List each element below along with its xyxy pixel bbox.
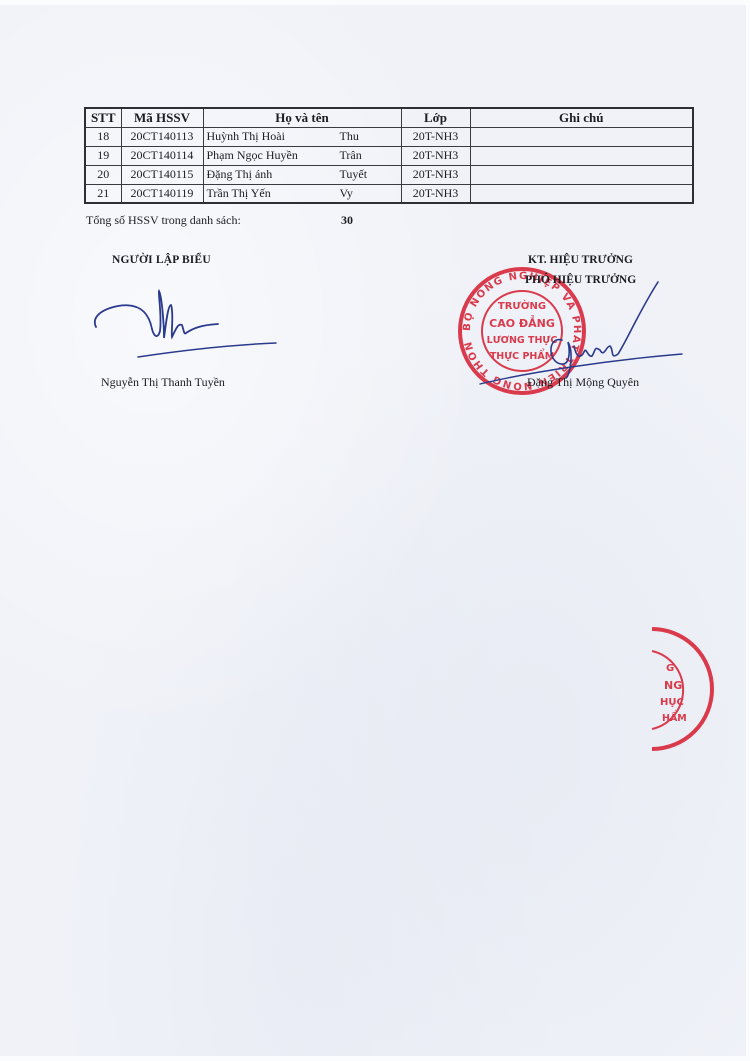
student-list-table: STT Mã HSSV Họ và tên Lớp Ghi chú 18 20C… (84, 107, 694, 204)
cell-ho-va-ten: Trần Thị YếnVy (203, 184, 401, 203)
cell-ho: Huỳnh Thị Hoài (207, 129, 340, 144)
cell-ten: Trân (340, 148, 398, 163)
cell-ho-va-ten: Phạm Ngọc HuyềnTrân (203, 146, 401, 165)
svg-text:G: G (666, 663, 674, 674)
svg-text:HỤC: HỤC (660, 697, 684, 708)
table-row: 18 20CT140113 Huỳnh Thị HoàiThu 20T-NH3 (85, 127, 693, 146)
cell-stt: 18 (85, 127, 121, 146)
preparer-name: Nguyễn Thị Thanh Tuyền (101, 375, 225, 390)
cell-ghi-chu (470, 127, 693, 146)
cell-ma-hssv: 20CT140113 (121, 127, 203, 146)
cell-ten: Vy (340, 186, 398, 201)
cell-ma-hssv: 20CT140115 (121, 165, 203, 184)
scanned-page: STT Mã HSSV Họ và tên Lớp Ghi chú 18 20C… (0, 0, 750, 1061)
table-row: 20 20CT140115 Đặng Thị ánhTuyết 20T-NH3 (85, 165, 693, 184)
cell-ho: Phạm Ngọc Huyền (207, 148, 340, 163)
page-edge (746, 0, 750, 1061)
table-row: 21 20CT140119 Trần Thị YếnVy 20T-NH3 (85, 184, 693, 203)
vice-principal-signature-icon (450, 280, 690, 390)
table-row: 19 20CT140114 Phạm Ngọc HuyềnTrân 20T-NH… (85, 146, 693, 165)
header-ma-hssv: Mã HSSV (121, 108, 203, 127)
vice-principal-name: Đặng Thị Mộng Quyên (527, 375, 639, 390)
cell-ten: Thu (340, 129, 398, 144)
cell-ghi-chu (470, 146, 693, 165)
table-header-row: STT Mã HSSV Họ và tên Lớp Ghi chú (85, 108, 693, 127)
svg-text:HẨM: HẨM (662, 711, 687, 724)
preparer-signature-icon (88, 285, 288, 370)
cell-lop: 20T-NH3 (401, 184, 470, 203)
cell-ma-hssv: 20CT140119 (121, 184, 203, 203)
svg-text:NG: NG (664, 679, 682, 692)
page-edge (0, 1056, 750, 1061)
total-value: 30 (341, 213, 353, 228)
cell-ten: Tuyết (340, 167, 398, 182)
page-edge (0, 0, 750, 5)
cell-ghi-chu (470, 184, 693, 203)
total-label: Tổng số HSSV trong danh sách: (86, 213, 241, 228)
cell-ma-hssv: 20CT140114 (121, 146, 203, 165)
cell-ho-va-ten: Đặng Thị ánhTuyết (203, 165, 401, 184)
header-stt: STT (85, 108, 121, 127)
cell-lop: 20T-NH3 (401, 165, 470, 184)
header-ho-va-ten: Họ và tên (203, 108, 401, 127)
cell-ho: Đặng Thị ánh (207, 167, 340, 182)
cell-ghi-chu (470, 165, 693, 184)
cell-stt: 19 (85, 146, 121, 165)
header-lop: Lớp (401, 108, 470, 127)
cell-ho: Trần Thị Yến (207, 186, 340, 201)
cell-lop: 20T-NH3 (401, 146, 470, 165)
preparer-title: NGƯỜI LẬP BIỂU (112, 254, 211, 266)
cell-ho-va-ten: Huỳnh Thị HoàiThu (203, 127, 401, 146)
cell-stt: 20 (85, 165, 121, 184)
principal-title: KT. HIỆU TRƯỞNG (528, 254, 633, 266)
cell-stt: 21 (85, 184, 121, 203)
cell-lop: 20T-NH3 (401, 127, 470, 146)
header-ghi-chu: Ghi chú (470, 108, 693, 127)
partial-stamp-icon: G NG HỤC HẨM (612, 625, 722, 755)
